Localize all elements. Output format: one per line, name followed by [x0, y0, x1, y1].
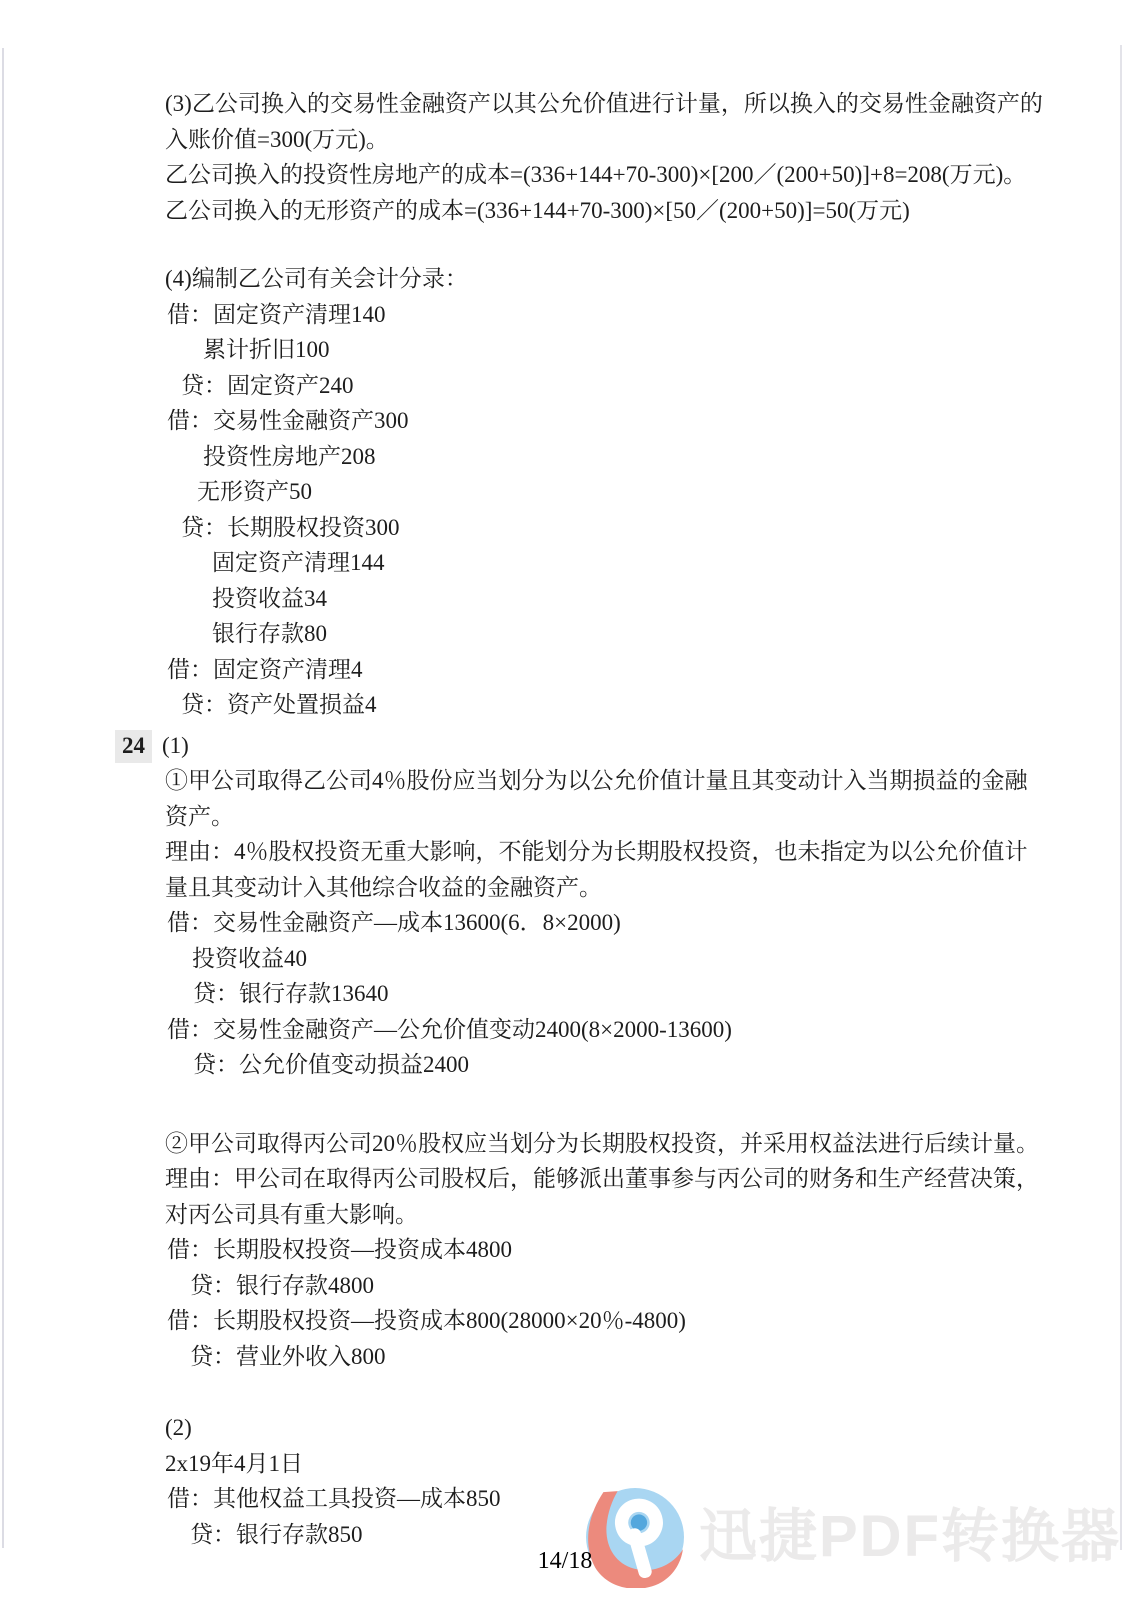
question-row: 24(1): [165, 728, 1065, 764]
text-line: 资产。: [165, 799, 1065, 835]
text-line: 投资性房地产208: [165, 439, 1065, 475]
text-line: (2): [165, 1410, 1065, 1446]
text-line: ②甲公司取得丙公司20％股权应当划分为长期股权投资，并采用权益法进行后续计量。: [165, 1126, 1065, 1162]
text-line: 贷：银行存款4800: [165, 1268, 1065, 1304]
document-body: (3)乙公司换入的交易性金融资产以其公允价值进行计量，所以换入的交易性金融资产的…: [165, 86, 1065, 1552]
text-line: 贷：固定资产240: [165, 368, 1065, 404]
text-line: 理由：4％股权投资无重大影响，不能划分为长期股权投资，也未指定为以公允价值计: [165, 834, 1065, 870]
text-line: 2x19年4月1日: [165, 1446, 1065, 1482]
text-line: 借：长期股权投资—投资成本800(28000×20％-4800): [165, 1303, 1065, 1339]
text-line: 贷：长期股权投资300: [165, 510, 1065, 546]
page-right-edge-line: [1120, 45, 1122, 1550]
text-line: 借：固定资产清理140: [165, 297, 1065, 333]
text-line: 贷：银行存款13640: [165, 976, 1065, 1012]
text-line: 银行存款80: [165, 616, 1065, 652]
text-line: (3)乙公司换入的交易性金融资产以其公允价值进行计量，所以换入的交易性金融资产的: [165, 86, 1065, 122]
text-line: 无形资产50: [165, 474, 1065, 510]
text-line: 贷：公允价值变动损益2400: [165, 1047, 1065, 1083]
text-line: 累计折旧100: [165, 332, 1065, 368]
page-number: 14/18: [0, 1548, 1130, 1575]
text-line: 固定资产清理144: [165, 545, 1065, 581]
text-line: 贷：资产处置损益4: [165, 687, 1065, 723]
text-line: 投资收益34: [165, 581, 1065, 617]
text-line: 乙公司换入的投资性房地产的成本=(336+144+70-300)×[200／(2…: [165, 157, 1065, 193]
text-line: 借：交易性金融资产300: [165, 403, 1065, 439]
text-line: 投资收益40: [165, 941, 1065, 977]
text-line: 贷：营业外收入800: [165, 1339, 1065, 1375]
text-line: 借：长期股权投资—投资成本4800: [165, 1232, 1065, 1268]
text-line: 借：交易性金融资产—成本13600(6．8×2000): [165, 905, 1065, 941]
question-number: 24: [115, 730, 152, 763]
text-line: ①甲公司取得乙公司4％股份应当划分为以公允价值计量且其变动计入当期损益的金融: [165, 763, 1065, 799]
question-part-label: (1): [162, 728, 189, 764]
text-line: 量且其变动计入其他综合收益的金融资产。: [165, 870, 1065, 906]
text-line: 借：交易性金融资产—公允价值变动2400(8×2000-13600): [165, 1012, 1065, 1048]
text-line: 入账价值=300(万元)。: [165, 122, 1065, 158]
text-line: (4)编制乙公司有关会计分录：: [165, 261, 1065, 297]
text-line: 理由：甲公司在取得丙公司股权后，能够派出董事参与丙公司的财务和生产经营决策，: [165, 1161, 1065, 1197]
page-left-edge-line: [2, 48, 4, 1548]
text-line: 乙公司换入的无形资产的成本=(336+144+70-300)×[50／(200+…: [165, 193, 1065, 229]
text-line: 借：固定资产清理4: [165, 652, 1065, 688]
text-line: 对丙公司具有重大影响。: [165, 1197, 1065, 1233]
